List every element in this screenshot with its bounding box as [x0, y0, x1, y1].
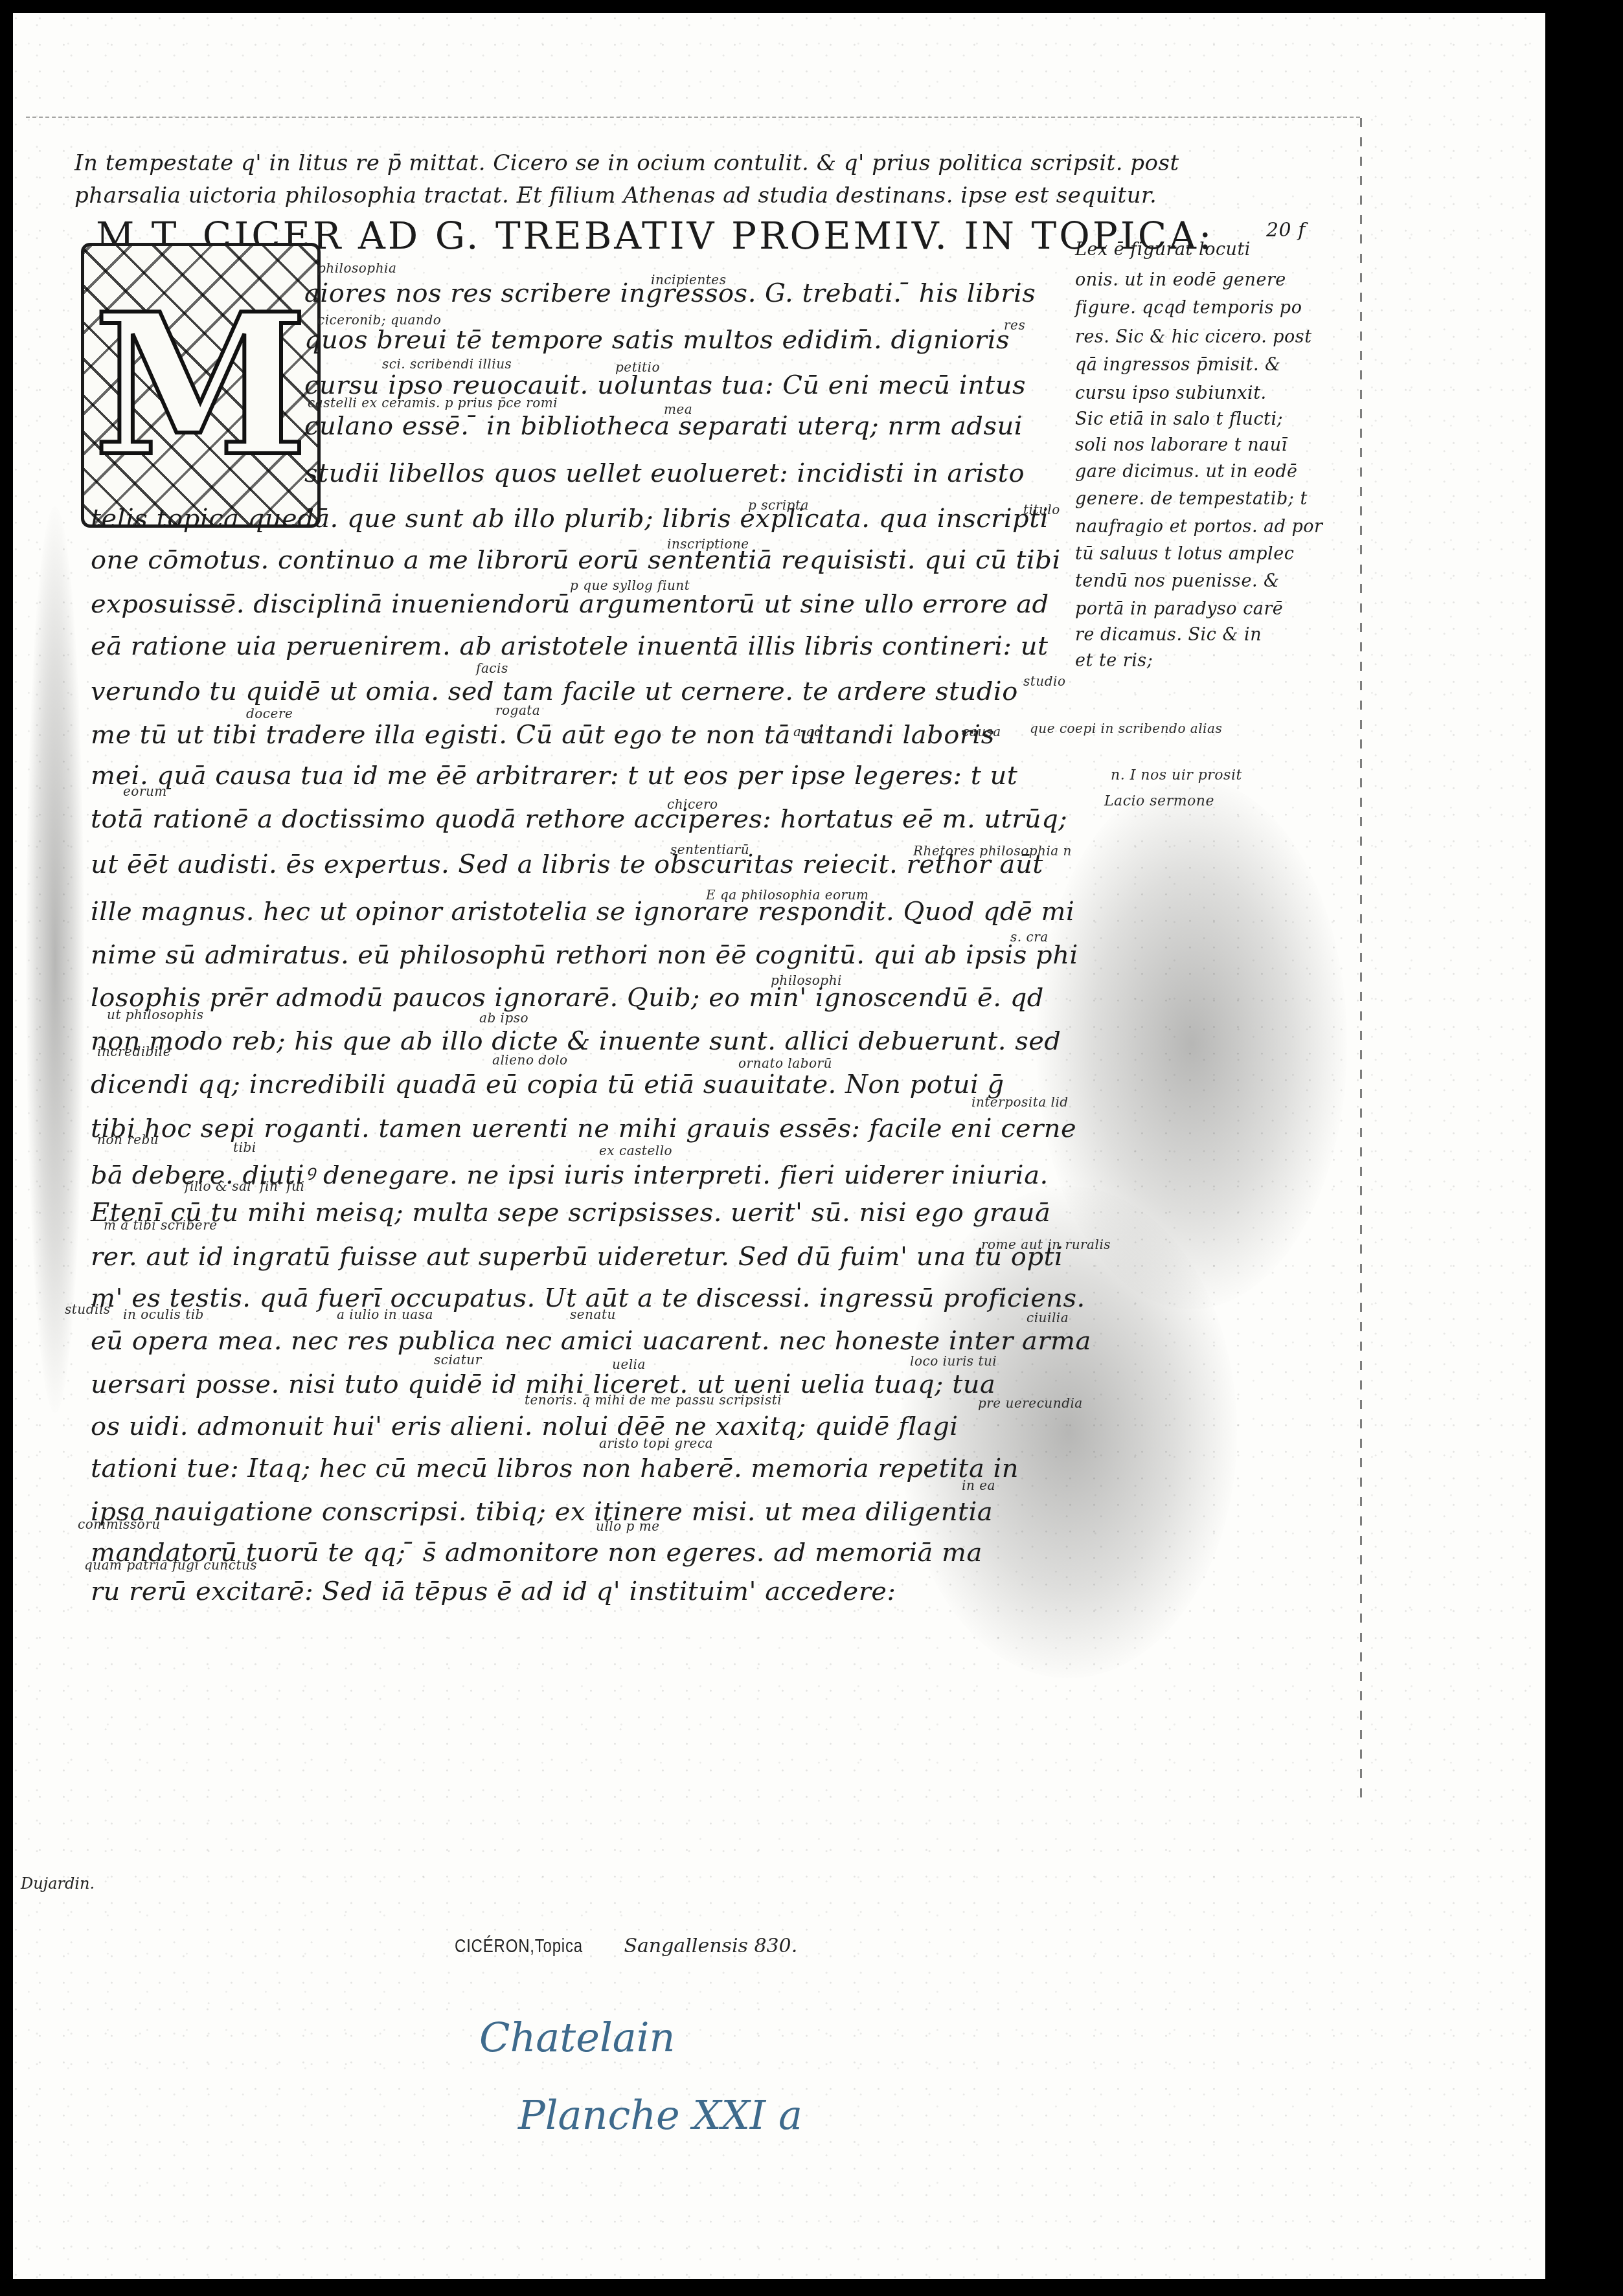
- margin-commentary-line: gare dicimus. ut in eodē: [1075, 462, 1297, 482]
- text-line: aiores nos res scribere ingressos. G. tr…: [304, 278, 1036, 308]
- text-line: ille magnus. hec ut opinor aristotelia s…: [91, 897, 1074, 927]
- text-line: ipsa nauigatione conscripsi. tibiq; ex i…: [91, 1497, 993, 1527]
- text-line: non modo reb; his que ab illo dicte & in…: [91, 1026, 1061, 1056]
- text-line: me tū ut tibi tradere illa egisti. Cū aū…: [91, 720, 995, 750]
- ink-smudge: [1036, 778, 1347, 1309]
- initial-letter: M: [93, 288, 308, 482]
- text-line: exposuissē. disciplinā inueniendorū argu…: [91, 589, 1049, 619]
- folio-mark: 20 f: [1266, 219, 1306, 242]
- text-line: os uidi. admonuit hui' eris alieni. nolu…: [91, 1412, 959, 1441]
- margin-commentary-line: tendū nos puenisse. &: [1075, 571, 1280, 591]
- engraver-credit: Dujardin.: [21, 1874, 95, 1893]
- margin-commentary-line: soli nos laborare t nauī: [1075, 435, 1288, 455]
- text-line: tationi tue: Itaq; hec cū mecū libros no…: [91, 1454, 1019, 1483]
- margin-commentary-line: tū saluus t lotus amplec: [1075, 544, 1294, 564]
- text-line: culano essē. ̄ in bibliotheca separati u…: [304, 411, 1023, 441]
- text-line: uersari posse. nisi tuto quidē id mihi l…: [91, 1369, 995, 1399]
- margin-commentary-line: portā in paradyso carē: [1075, 599, 1283, 619]
- text-line: verundo tu quidē ut omia. sed tam facile…: [91, 677, 1018, 706]
- text-line: mandatorū tuorū te qq; ̄ s̄ admonitore n…: [91, 1538, 982, 1568]
- plate-right-edge: [1360, 118, 1362, 1801]
- text-line: Etenī cū tu mihi meisq; multa sepe scrip…: [91, 1198, 1050, 1228]
- pencil-annotation-plate: Planche XXI a: [518, 2091, 802, 2139]
- text-line: bā debere. diutiꝰ denegare. ne ipsi iuri…: [91, 1156, 1049, 1191]
- caption-manuscript: Sangallensis 830.: [624, 1935, 797, 1957]
- text-line: studii libellos quos uellet euolueret: i…: [304, 458, 1025, 488]
- text-line: cursu ipso reuocauit. uoluntas tua: Cū e…: [304, 370, 1026, 400]
- text-line: ut ēēt audisti. ēs expertus. Sed a libri…: [91, 850, 1043, 879]
- margin-commentary-line: onis. ut in eodē genere: [1075, 270, 1286, 290]
- margin-commentary-line: Lex ē figurat locuti: [1075, 240, 1251, 260]
- gloss: que coepi in scribendo alias: [1030, 721, 1222, 736]
- margin-commentary-line: naufragio et portos. ad por: [1075, 517, 1323, 537]
- text-line: telis topica quedā. que sunt ab illo plu…: [91, 504, 1049, 534]
- margin-commentary-line: Sic etiā in salo t flucti;: [1075, 409, 1283, 429]
- margin-commentary-line: genere. de tempestatib; t: [1075, 489, 1308, 509]
- gloss: docere: [246, 706, 293, 721]
- top-note-line-2: pharsalia uictoria philosophia tractat. …: [74, 183, 1157, 208]
- text-line: dicendi qq; incredibili quadā eū copia t…: [91, 1070, 1004, 1099]
- margin-commentary-line: qā ingressos p̄misit. &: [1075, 355, 1281, 375]
- pencil-annotation-name: Chatelain: [479, 2014, 675, 2061]
- edge-shadow: [26, 506, 84, 1413]
- text-line: ru rerū excitarē: Sed iā tēpus ē ad id q…: [91, 1577, 896, 1606]
- gloss: facis: [476, 660, 508, 676]
- facsimile-sheet: In tempestate q' in litus re p̄ mittat. …: [13, 13, 1545, 2279]
- text-line: one cōmotus. continuo a me librorū eorū …: [91, 545, 1061, 575]
- top-note-line-1: In tempestate q' in litus re p̄ mittat. …: [74, 150, 1179, 176]
- margin-commentary-line: res. Sic & hic cicero. post: [1075, 327, 1312, 347]
- margin-commentary-line: cursu ipso subiunxit.: [1075, 383, 1267, 403]
- text-line: eā ratione uia peruenirem. ab aristotele…: [91, 631, 1049, 661]
- gloss: sci. scribendi illius: [382, 356, 512, 372]
- plate-caption: CICÉRON,Topica Sangallensis 830.: [455, 1935, 797, 1957]
- caption-title: CICÉRON,Topica: [455, 1935, 583, 1957]
- text-line: m' es testis. quā fuerī occupatus. Ut aū…: [91, 1283, 1085, 1313]
- gloss: studio: [1023, 673, 1065, 689]
- text-line: nime sū admiratus. eū philosophū rethori…: [91, 940, 1078, 970]
- gloss: ornato laborū: [738, 1055, 832, 1071]
- margin-commentary-line: et te ris;: [1075, 651, 1153, 671]
- gloss: philosophia: [317, 260, 396, 276]
- text-line: quos breui tē tempore satis multos edidi…: [304, 325, 1010, 355]
- text-line: losophis prēr admodū paucos ignorarē. Qu…: [91, 983, 1044, 1013]
- margin-note-lower: Lacio sermone: [1104, 793, 1214, 809]
- text-line: rer. aut id ingratū fuisse aut superbū u…: [91, 1242, 1063, 1272]
- text-line: mei. quā causa tua id me ēē arbitrarer: …: [91, 761, 1017, 791]
- text-line: tibi hoc sepi roganti. tamen uerenti ne …: [91, 1114, 1076, 1143]
- text-line: eū opera mea. nec res publica nec amici …: [91, 1326, 1091, 1356]
- text-line: totā rationē a doctissimo quodā rethore …: [91, 804, 1067, 834]
- margin-commentary-line: re dicamus. Sic & in: [1075, 625, 1262, 645]
- margin-commentary-line: figure. qcqd temporis po: [1075, 298, 1302, 318]
- illuminated-initial: M: [81, 243, 321, 528]
- margin-note-lower: n. I nos uir prosit: [1111, 767, 1242, 783]
